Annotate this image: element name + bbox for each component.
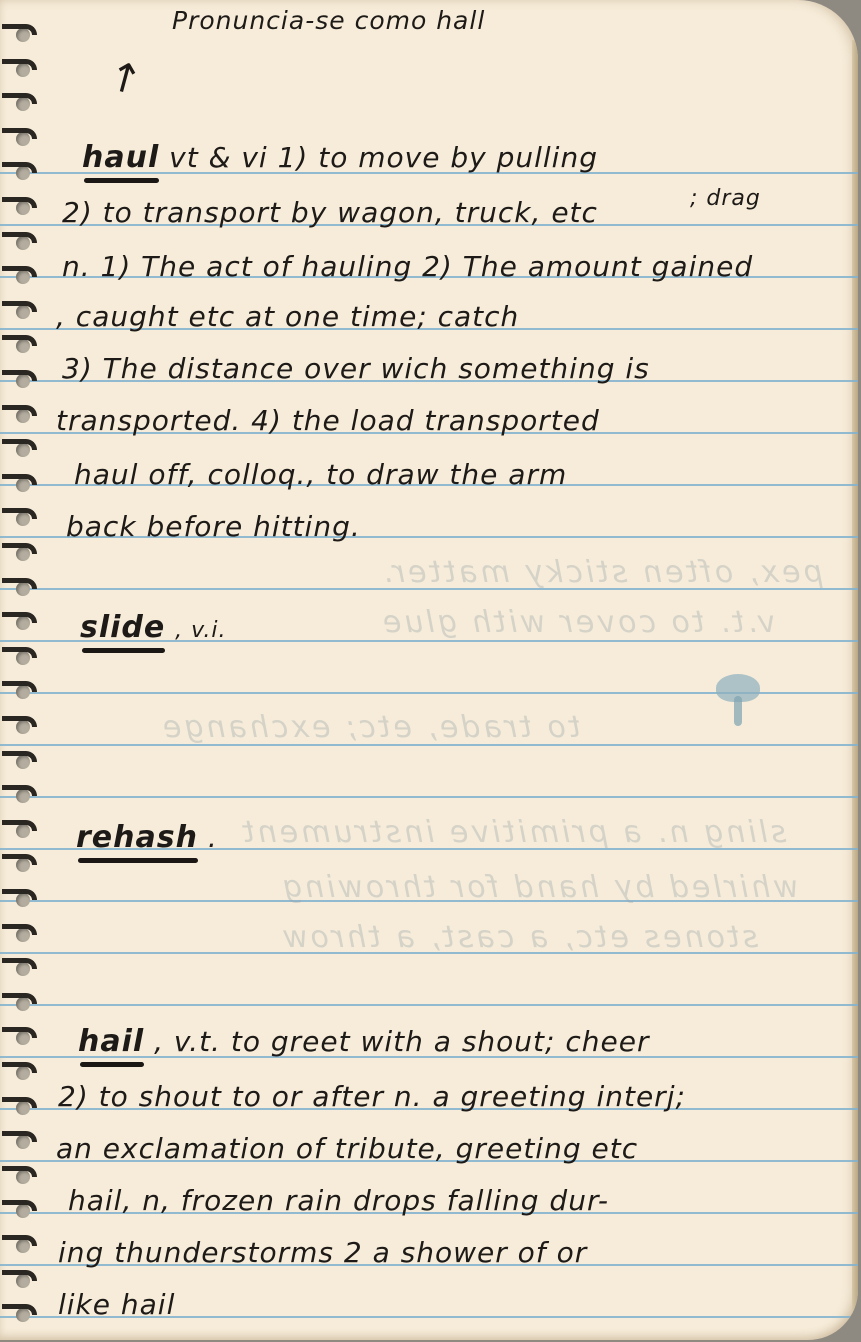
coil-wire	[2, 232, 37, 243]
spiral-coil	[2, 679, 32, 695]
spiral-coil	[2, 368, 32, 384]
coil-wire	[2, 889, 37, 900]
spiral-coil	[2, 1302, 32, 1318]
spiral-coil	[2, 1198, 32, 1214]
definition-line: haul off, colloq., to draw the arm	[74, 458, 567, 491]
coil-wire	[2, 370, 37, 381]
definition-line: 2) to shout to or after n. a greeting in…	[58, 1080, 686, 1113]
coil-wire	[2, 301, 37, 312]
definition-line: , caught etc at one time; catch	[56, 300, 519, 333]
spiral-coil	[2, 576, 32, 592]
spiral-coil	[2, 991, 32, 1007]
coil-wire	[2, 474, 37, 485]
definition-line: like hail	[58, 1288, 175, 1321]
headword-underline	[78, 858, 198, 863]
spiral-coil	[2, 437, 32, 453]
headword-underline	[84, 178, 159, 183]
spiral-coil	[2, 956, 32, 972]
spiral-coil	[2, 1060, 32, 1076]
spiral-binding	[0, 0, 50, 1342]
coil-wire	[2, 716, 37, 727]
coil-wire	[2, 93, 37, 104]
coil-wire	[2, 924, 37, 935]
coil-wire	[2, 59, 37, 70]
spiral-coil	[2, 333, 32, 349]
coil-wire	[2, 405, 37, 416]
coil-wire	[2, 1062, 37, 1073]
bleed-through-text: stones etc, a cast, a throw	[280, 920, 758, 955]
spiral-coil	[2, 91, 32, 107]
definition-line: back before hitting.	[66, 510, 361, 543]
coil-wire	[2, 266, 37, 277]
definition-line: ing thunderstorms 2 a shower of or	[58, 1236, 587, 1269]
spiral-coil	[2, 506, 32, 522]
spiral-coil	[2, 818, 32, 834]
coil-wire	[2, 578, 37, 589]
page-edge	[852, 40, 858, 1330]
coil-wire	[2, 681, 37, 692]
notebook-page: pex, often sticky matter. v.t. to cover …	[0, 0, 858, 1340]
definition-line: n. 1) The act of hauling 2) The amount g…	[62, 250, 753, 283]
ruled-line	[0, 796, 858, 798]
spiral-coil	[2, 1025, 32, 1041]
bleed-through-text: v.t. to cover with glue	[380, 605, 775, 640]
headword-underline	[80, 1062, 144, 1067]
headword-rehash: rehash	[76, 820, 198, 855]
coil-wire	[2, 958, 37, 969]
spiral-coil	[2, 541, 32, 557]
coil-wire	[2, 785, 37, 796]
spiral-coil	[2, 57, 32, 73]
coil-wire	[2, 1166, 37, 1177]
bleed-through-text: sling n. a primitive instrument	[240, 815, 787, 850]
headword-haul: haul	[82, 140, 159, 175]
spiral-coil	[2, 852, 32, 868]
headword-slide: slide	[80, 610, 165, 645]
coil-wire	[2, 162, 37, 173]
coil-wire	[2, 439, 37, 450]
entry-haul-line: haul vt & vi 1) to move by pulling	[82, 140, 598, 175]
definition-line: transported. 4) the load transported	[56, 404, 600, 437]
bleed-through-text: to trade, etc; exchange	[160, 710, 581, 745]
coil-wire	[2, 1027, 37, 1038]
bleed-through-text: whirled by hand for throwing	[280, 870, 798, 905]
coil-wire	[2, 1131, 37, 1142]
coil-wire	[2, 612, 37, 623]
headword-underline	[82, 648, 165, 653]
spiral-coil	[2, 472, 32, 488]
coil-wire	[2, 1097, 37, 1108]
spiral-coil	[2, 299, 32, 315]
coil-wire	[2, 1200, 37, 1211]
spiral-coil	[2, 126, 32, 142]
spiral-coil	[2, 160, 32, 176]
spiral-coil	[2, 22, 32, 38]
definition-line: hail, n, frozen rain drops falling dur-	[68, 1184, 609, 1217]
entry-rehash-line: rehash .	[76, 820, 218, 855]
spiral-coil	[2, 783, 32, 799]
spiral-coil	[2, 610, 32, 626]
spiral-coil	[2, 1164, 32, 1180]
spiral-coil	[2, 922, 32, 938]
definition-line: 2) to transport by wagon, truck, etc	[62, 196, 598, 229]
coil-wire	[2, 197, 37, 208]
spiral-coil	[2, 1095, 32, 1111]
coil-wire	[2, 820, 37, 831]
pronunciation-note: Pronuncia-se como hall	[172, 6, 485, 35]
spiral-coil	[2, 645, 32, 661]
coil-wire	[2, 1235, 37, 1246]
coil-wire	[2, 24, 37, 35]
spiral-coil	[2, 1268, 32, 1284]
coil-wire	[2, 751, 37, 762]
coil-wire	[2, 128, 37, 139]
coil-wire	[2, 335, 37, 346]
spiral-coil	[2, 749, 32, 765]
entry-hail-line: hail , v.t. to greet with a shout; cheer	[78, 1024, 649, 1059]
spiral-coil	[2, 230, 32, 246]
definition-line: 3) The distance over wich something is	[62, 352, 650, 385]
coil-wire	[2, 854, 37, 865]
coil-wire	[2, 1270, 37, 1281]
spiral-coil	[2, 1233, 32, 1249]
definition-line: an exclamation of tribute, greeting etc	[56, 1132, 638, 1165]
ruled-line	[0, 1004, 858, 1006]
spiral-coil	[2, 1129, 32, 1145]
spiral-coil	[2, 887, 32, 903]
coil-wire	[2, 543, 37, 554]
ink-stain-drip	[734, 696, 742, 726]
spiral-coil	[2, 195, 32, 211]
coil-wire	[2, 647, 37, 658]
coil-wire	[2, 1304, 37, 1315]
bleed-through-text: pex, often sticky matter.	[380, 555, 823, 590]
arrow-up-icon: ↑	[103, 52, 147, 105]
spiral-coil	[2, 264, 32, 280]
entry-slide-line: slide , v.i.	[80, 610, 226, 645]
headword-hail: hail	[78, 1024, 144, 1059]
spiral-coil	[2, 714, 32, 730]
coil-wire	[2, 508, 37, 519]
coil-wire	[2, 993, 37, 1004]
superscript-note: ; drag	[690, 186, 761, 211]
spiral-coil	[2, 403, 32, 419]
